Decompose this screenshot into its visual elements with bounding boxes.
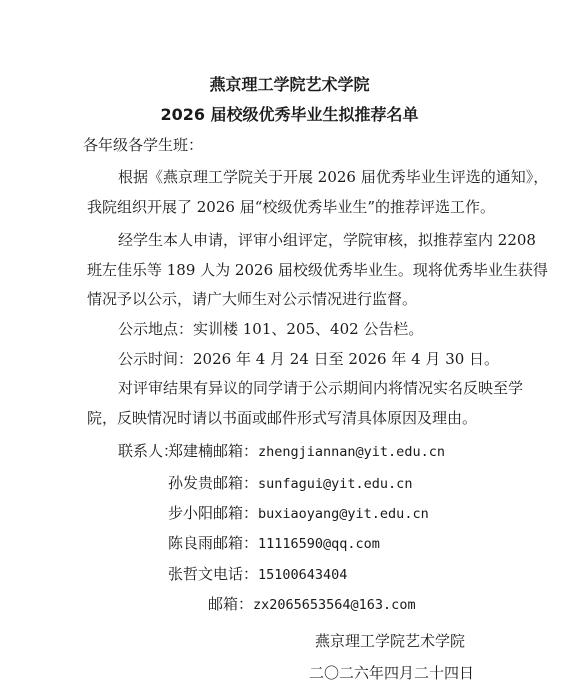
document-institution-heading: 燕京理工学院艺术学院 xyxy=(0,76,579,94)
contact-email: sunfagui@yit.edu.cn xyxy=(258,476,412,492)
contact-email: 11116590@qq.com xyxy=(258,536,380,552)
paragraph2-line1: 经学生本人申请，评审小组评定，学院审核，拟推荐室内 2208 xyxy=(118,231,536,249)
location-text: 公示地点：实训楼 101、205、402 公告栏。 xyxy=(118,320,423,338)
contact-item: 孙发贵邮箱：sunfagui@yit.edu.cn xyxy=(168,474,412,493)
contact-name-label: 步小阳邮箱： xyxy=(168,504,258,522)
contact-item: 陈良雨邮箱：11116590@qq.com xyxy=(168,534,380,553)
signature-date: 二〇二六年四月二十四日 xyxy=(309,664,474,682)
contact-email: zx2065653564@163.com xyxy=(253,597,416,613)
objection-line1: 对评审结果有异议的同学请于公示期间内将情况实名反映至学 xyxy=(118,379,523,397)
contact-name-label: 邮箱： xyxy=(208,595,253,613)
contact-email: buxiaoyang@yit.edu.cn xyxy=(258,506,429,522)
contact-name-label: 孙发贵邮箱： xyxy=(168,474,258,492)
paragraph2-line2: 班左佳乐等 189 人为 2026 届校级优秀毕业生。现将优秀毕业生获得 xyxy=(87,261,548,279)
objection-line2: 院，反映情况时请以书面或邮件形式写清具体原因及理由。 xyxy=(87,409,477,427)
greeting: 各年级各学生班： xyxy=(83,136,203,154)
paragraph2-line3: 情况予以公示，请广大师生对公示情况进行监督。 xyxy=(87,290,417,308)
contact-email: zhengjiannan@yit.edu.cn xyxy=(258,444,445,460)
contact-item: 张哲文电话：15100643404 xyxy=(168,565,347,584)
paragraph1-line2: 我院组织开展了 2026 届“校级优秀毕业生”的推荐评选工作。 xyxy=(87,198,495,216)
contact-item: 邮箱：zx2065653564@163.com xyxy=(208,595,416,614)
signature-institution: 燕京理工学院艺术学院 xyxy=(315,632,465,650)
document-title: 2026 届校级优秀毕业生拟推荐名单 xyxy=(0,106,579,124)
contact-phone: 15100643404 xyxy=(258,567,347,583)
contact-name-label: 郑建楠邮箱： xyxy=(168,442,258,460)
contact-item: 步小阳邮箱：buxiaoyang@yit.edu.cn xyxy=(168,504,429,523)
paragraph1-line1: 根据《燕京理工学院关于开展 2026 届优秀毕业生评选的通知》， xyxy=(118,168,548,186)
period-text: 公示时间：2026 年 4 月 24 日至 2026 年 4 月 30 日。 xyxy=(118,350,499,368)
contact-name-label: 张哲文电话： xyxy=(168,565,258,583)
contact-item: 郑建楠邮箱：zhengjiannan@yit.edu.cn xyxy=(168,442,445,461)
contact-name-label: 陈良雨邮箱： xyxy=(168,534,258,552)
